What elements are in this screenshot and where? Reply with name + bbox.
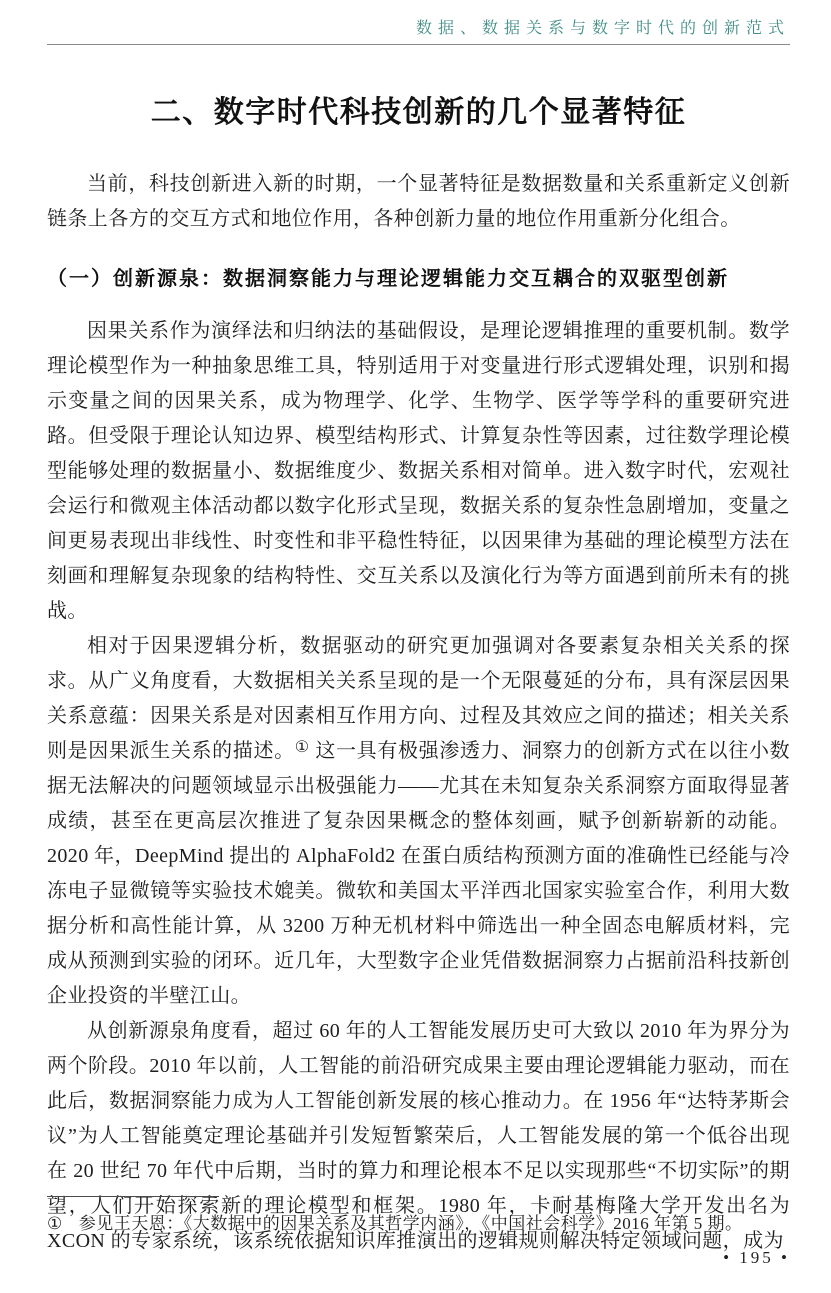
page-number: • 195 • [47,1248,790,1268]
running-header: 数据、数据关系与数字时代的创新范式 [47,0,790,38]
footnote: ①参见王天恩：《大数据中的因果关系及其哲学内涵》，《中国社会科学》2016 年第… [47,1212,790,1236]
paragraph-3-continued: 这一具有极强渗透力、洞察力的创新方式在以往小数据无法解决的问题领域显示出极强能力… [47,740,790,1007]
footnote-divider [47,1196,219,1197]
body-text: 当前，科技创新进入新的时期，一个显著特征是数据数量和关系重新定义创新链条上各方的… [47,167,790,1259]
footnote-text: 参见王天恩：《大数据中的因果关系及其哲学内涵》，《中国社会科学》2016 年第 … [79,1214,743,1233]
header-divider [47,44,790,45]
footnote-reference-mark: ① [295,739,310,756]
footnote-marker: ① [47,1214,63,1233]
paragraph-3: 相对于因果逻辑分析，数据驱动的研究更加强调对各要素复杂相关关系的探求。从广义角度… [47,629,790,1014]
chapter-title: 二、数字时代科技创新的几个显著特征 [47,87,790,131]
page-footer: ①参见王天恩：《大数据中的因果关系及其哲学内涵》，《中国社会科学》2016 年第… [47,1196,790,1268]
paragraph-2: 因果关系作为演绎法和归纳法的基础假设，是理论逻辑推理的重要机制。数学理论模型作为… [47,314,790,629]
document-page: 数据、数据关系与数字时代的创新范式 二、数字时代科技创新的几个显著特征 当前，科… [0,0,831,1293]
paragraph-1: 当前，科技创新进入新的时期，一个显著特征是数据数量和关系重新定义创新链条上各方的… [47,167,790,237]
section-heading: （一）创新源泉：数据洞察能力与理论逻辑能力交互耦合的双驱型创新 [47,262,790,297]
running-header-text: 数据、数据关系与数字时代的创新范式 [416,20,790,37]
